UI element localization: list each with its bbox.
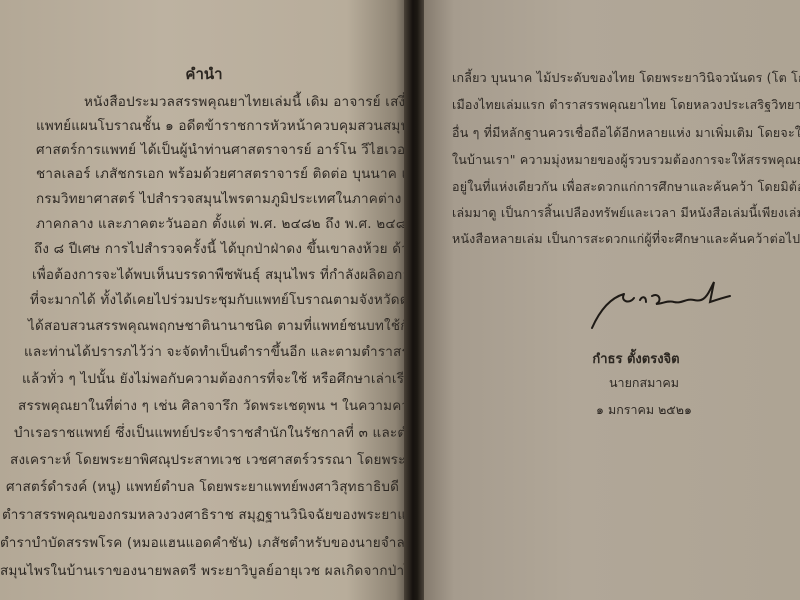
book-gutter	[404, 0, 426, 600]
text-line: อื่น ๆ ที่มีหลักฐานควรเชื่อถือได้อีกหลาย…	[452, 123, 800, 143]
preface-title: คำนำ	[0, 62, 408, 86]
text-line: ตำราสรรพคุณของกรมหลวงวงศาธิราช สมุฏฐานวิ…	[2, 503, 408, 525]
text-line: เล่มมาดู เป็นการสิ้นเปลืองทรัพย์และเวลา …	[452, 203, 800, 223]
text-line: ที่จะมากได้ ทั้งได้เคยไปร่วมประชุมกับแพท…	[30, 288, 408, 310]
text-line: ศาสตร์ดำรงค์ (หนู) แพทย์ตำบล โดยพระยาแพท…	[6, 475, 408, 497]
text-line: ในบ้านเรา" ความมุ่งหมายของผู้รวบรวมต้องก…	[452, 150, 800, 170]
text-line: หนังสือหลายเล่ม เป็นการสะดวกแก่ผู้ที่จะศ…	[452, 229, 800, 249]
text-line: ตำราบำบัดสรรพโรค (หมอแฮนแอดคำชัน) เภสัชต…	[0, 531, 408, 553]
text-line: สงเคราะห์ โดยพระยาพิศณุประสาทเวช เวชศาสต…	[10, 448, 408, 470]
signature-date: ๑ มกราคม ๒๕๒๑	[0, 400, 800, 420]
text-line: ถึง ๘ ปีเศษ การไปสำรวจครั้งนี้ ได้บุกป่า…	[34, 237, 408, 259]
text-line: บำเรอราชแพทย์ ซึ่งเป็นแพทย์ประจำราชสำนัก…	[14, 421, 408, 443]
text-line: เมืองไทยเล่มแรก ตำราสรรพคุณยาไทย โดยหลวง…	[452, 95, 800, 115]
signatory-name: กำธร ตั้งตรงจิต	[0, 348, 800, 369]
text-line: ศาสตร์การแพทย์ ได้เป็นผู้นำท่านศาสตราจาร…	[36, 138, 408, 160]
text-line: ชาลเลอร์ เภสัชกรเอก พร้อมด้วยศาสตราจารย์…	[36, 162, 408, 184]
text-line: เพื่อต้องการจะได้พบเห็นบรรดาพืชพันธุ์ สม…	[32, 263, 408, 285]
left-page: คำนำ หนังสือประมวลสรรพคุณยาไทยเล่มนี้ เด…	[0, 0, 408, 600]
text-line: เกลี้ยว บุนนาค ไม้ประดับของไทย โดยพระยาว…	[452, 68, 800, 88]
open-book: คำนำ หนังสือประมวลสรรพคุณยาไทยเล่มนี้ เด…	[0, 0, 800, 600]
text-line: ได้สอบสวนสรรพคุณพฤกษชาตินานาชนิด ตามที่แ…	[28, 314, 408, 336]
signature-icon	[590, 280, 750, 340]
text-line: ภาคกลาง และภาคตะวันออก ตั้งแต่ พ.ศ. ๒๔๘๒…	[36, 212, 408, 234]
text-line: อยู่ในที่แห่งเดียวกัน เพื่อสะดวกแก่การศึ…	[452, 177, 800, 197]
signatory-position: นายกสมาคม	[0, 373, 800, 393]
text-line: สมุนไพรในบ้านเราของนายพลตรี พระยาวิบูลย์…	[0, 559, 408, 581]
text-line: หนังสือประมวลสรรพคุณยาไทยเล่มนี้ เดิม อา…	[84, 90, 408, 112]
text-line: กรมวิทยาศาสตร์ ไปสำรวจสมุนไพรตามภูมิประเ…	[36, 187, 408, 209]
text-line: แพทย์แผนโบราณชั้น ๑ อดีตข้าราชการหัวหน้า…	[36, 114, 408, 136]
